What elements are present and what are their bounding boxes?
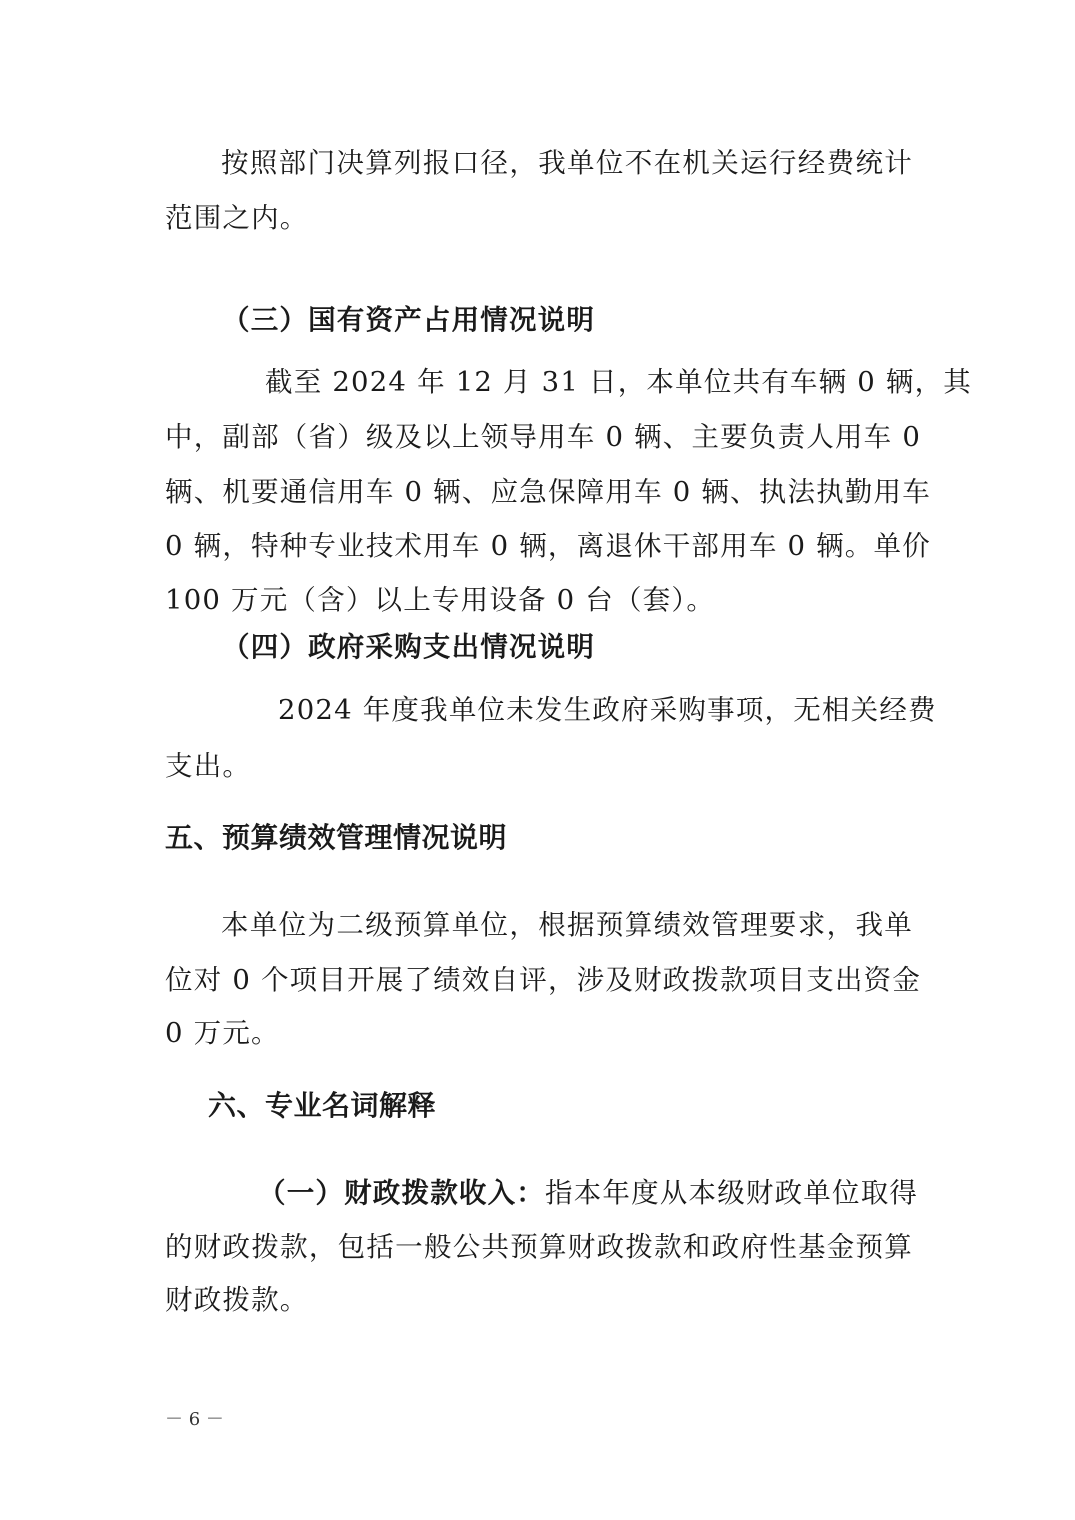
section-five-line-2: 位对 0 个项目开展了绩效自评，涉及财政拨款项目支出资金: [165, 960, 913, 1000]
term-1-line-1: （一）财政拨款收入： 指本年度从本级财政单位取得: [258, 1173, 913, 1213]
term-1-definition-start: 指本年度从本级财政单位取得: [545, 1173, 918, 1213]
term-1-line-2: 的财政拨款，包括一般公共预算财政拨款和政府性基金预算: [165, 1227, 913, 1267]
section-3-line-2: 中，副部（省）级及以上领导用车 0 辆、主要负责人用车 0: [165, 417, 913, 457]
section-3-line-4: 0 辆，特种专业技术用车 0 辆，离退休干部用车 0 辆。单价: [165, 526, 913, 566]
section-4-line-1: 2024 年度我单位未发生政府采购事项，无相关经费: [165, 690, 913, 730]
section-4-heading: （四）政府采购支出情况说明: [222, 627, 595, 667]
section-4-line-2: 支出。: [165, 746, 913, 786]
section-five-line-1: 本单位为二级预算单位，根据预算绩效管理要求，我单: [165, 905, 913, 945]
section-five-line-3: 0 万元。: [165, 1013, 913, 1053]
term-1-label: （一）财政拨款收入：: [258, 1173, 545, 1213]
section-3-line-1: 截至 2024 年 12 月 31 日，本单位共有车辆 0 辆，其: [165, 362, 913, 402]
section-3-line-5: 100 万元（含）以上专用设备 0 台（套）。: [165, 580, 913, 620]
page-number: － 6 －: [165, 1408, 224, 1432]
section-3-line-3: 辆、机要通信用车 0 辆、应急保障用车 0 辆、执法执勤用车: [165, 472, 913, 512]
section-five-heading: 五、预算绩效管理情况说明: [165, 818, 507, 858]
section-3-heading: （三）国有资产占用情况说明: [222, 300, 595, 340]
paragraph-operating-costs-line-2: 范围之内。: [165, 198, 913, 238]
term-1-line-3: 财政拨款。: [165, 1280, 913, 1320]
paragraph-operating-costs-line-1: 按照部门决算列报口径，我单位不在机关运行经费统计: [165, 143, 913, 183]
section-six-heading: 六、专业名词解释: [208, 1086, 436, 1126]
